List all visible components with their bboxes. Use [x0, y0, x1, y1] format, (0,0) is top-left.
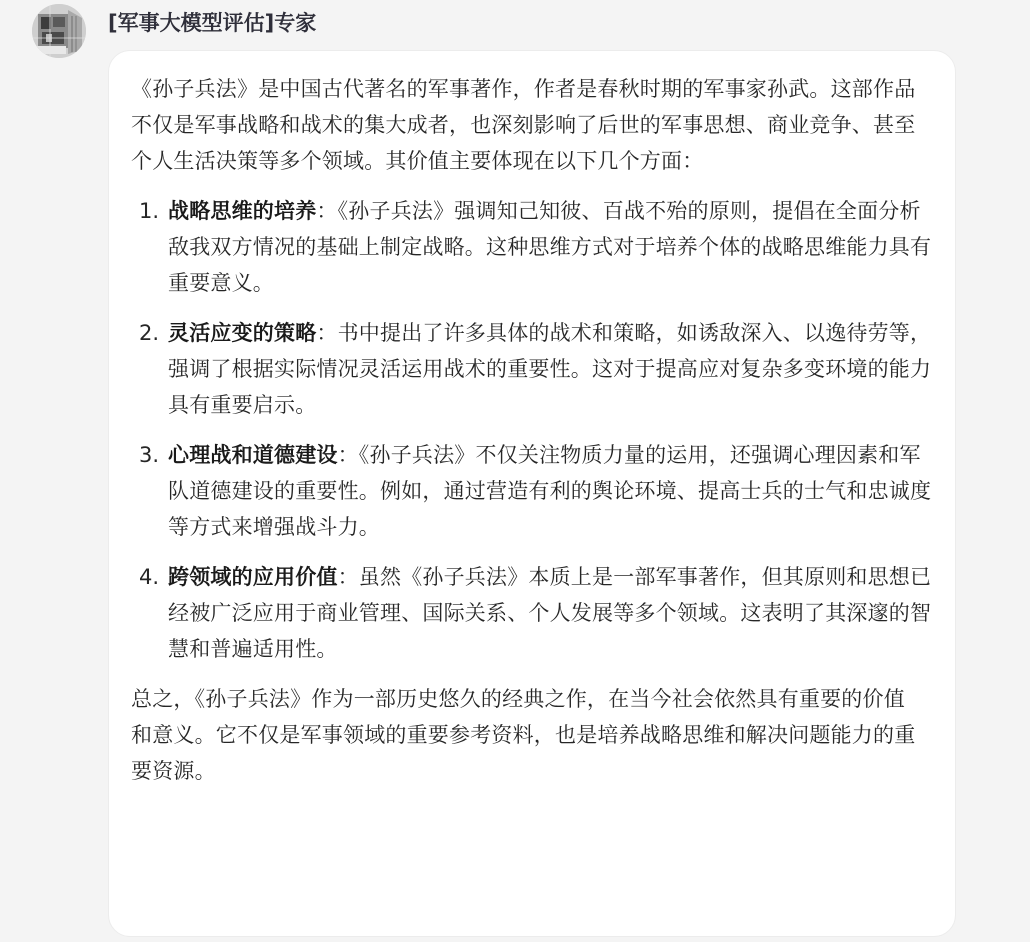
intro-paragraph: 《孙子兵法》是中国古代著名的军事著作，作者是春秋时期的军事家孙武。这部作品不仅是…: [131, 71, 921, 179]
list-number: 4.: [139, 559, 159, 595]
list-item: 4. 跨领域的应用价值：虽然《孙子兵法》本质上是一部军事著作，但其原则和思想已经…: [131, 559, 933, 667]
list-item: 1. 战略思维的培养：《孙子兵法》强调知己知彼、百战不殆的原则，提倡在全面分析敌…: [131, 193, 933, 301]
avatar-photo-icon: [32, 4, 86, 58]
sender-name: [军事大模型评估]专家: [108, 8, 316, 38]
list-item: 2. 灵活应变的策略：书中提出了许多具体的战术和策略，如诱敌深入、以逸待劳等，强…: [131, 315, 933, 423]
list-number: 1.: [139, 193, 159, 229]
list-number: 2.: [139, 315, 159, 351]
point-label: 战略思维的培养: [168, 199, 316, 223]
message-bubble: 《孙子兵法》是中国古代著名的军事著作，作者是春秋时期的军事家孙武。这部作品不仅是…: [108, 50, 956, 937]
summary-paragraph: 总之，《孙子兵法》作为一部历史悠久的经典之作，在当今社会依然具有重要的价值和意义…: [131, 681, 921, 789]
points-list: 1. 战略思维的培养：《孙子兵法》强调知己知彼、百战不殆的原则，提倡在全面分析敌…: [131, 193, 935, 667]
point-label: 灵活应变的策略: [168, 321, 316, 345]
list-item: 3. 心理战和道德建设：《孙子兵法》不仅关注物质力量的运用，还强调心理因素和军队…: [131, 437, 933, 545]
point-label: 心理战和道德建设: [168, 443, 338, 467]
list-number: 3.: [139, 437, 159, 473]
point-label: 跨领域的应用价值: [168, 565, 338, 589]
chat-message: [军事大模型评估]专家 《孙子兵法》是中国古代著名的军事著作，作者是春秋时期的军…: [0, 0, 1030, 942]
avatar[interactable]: [32, 4, 86, 58]
